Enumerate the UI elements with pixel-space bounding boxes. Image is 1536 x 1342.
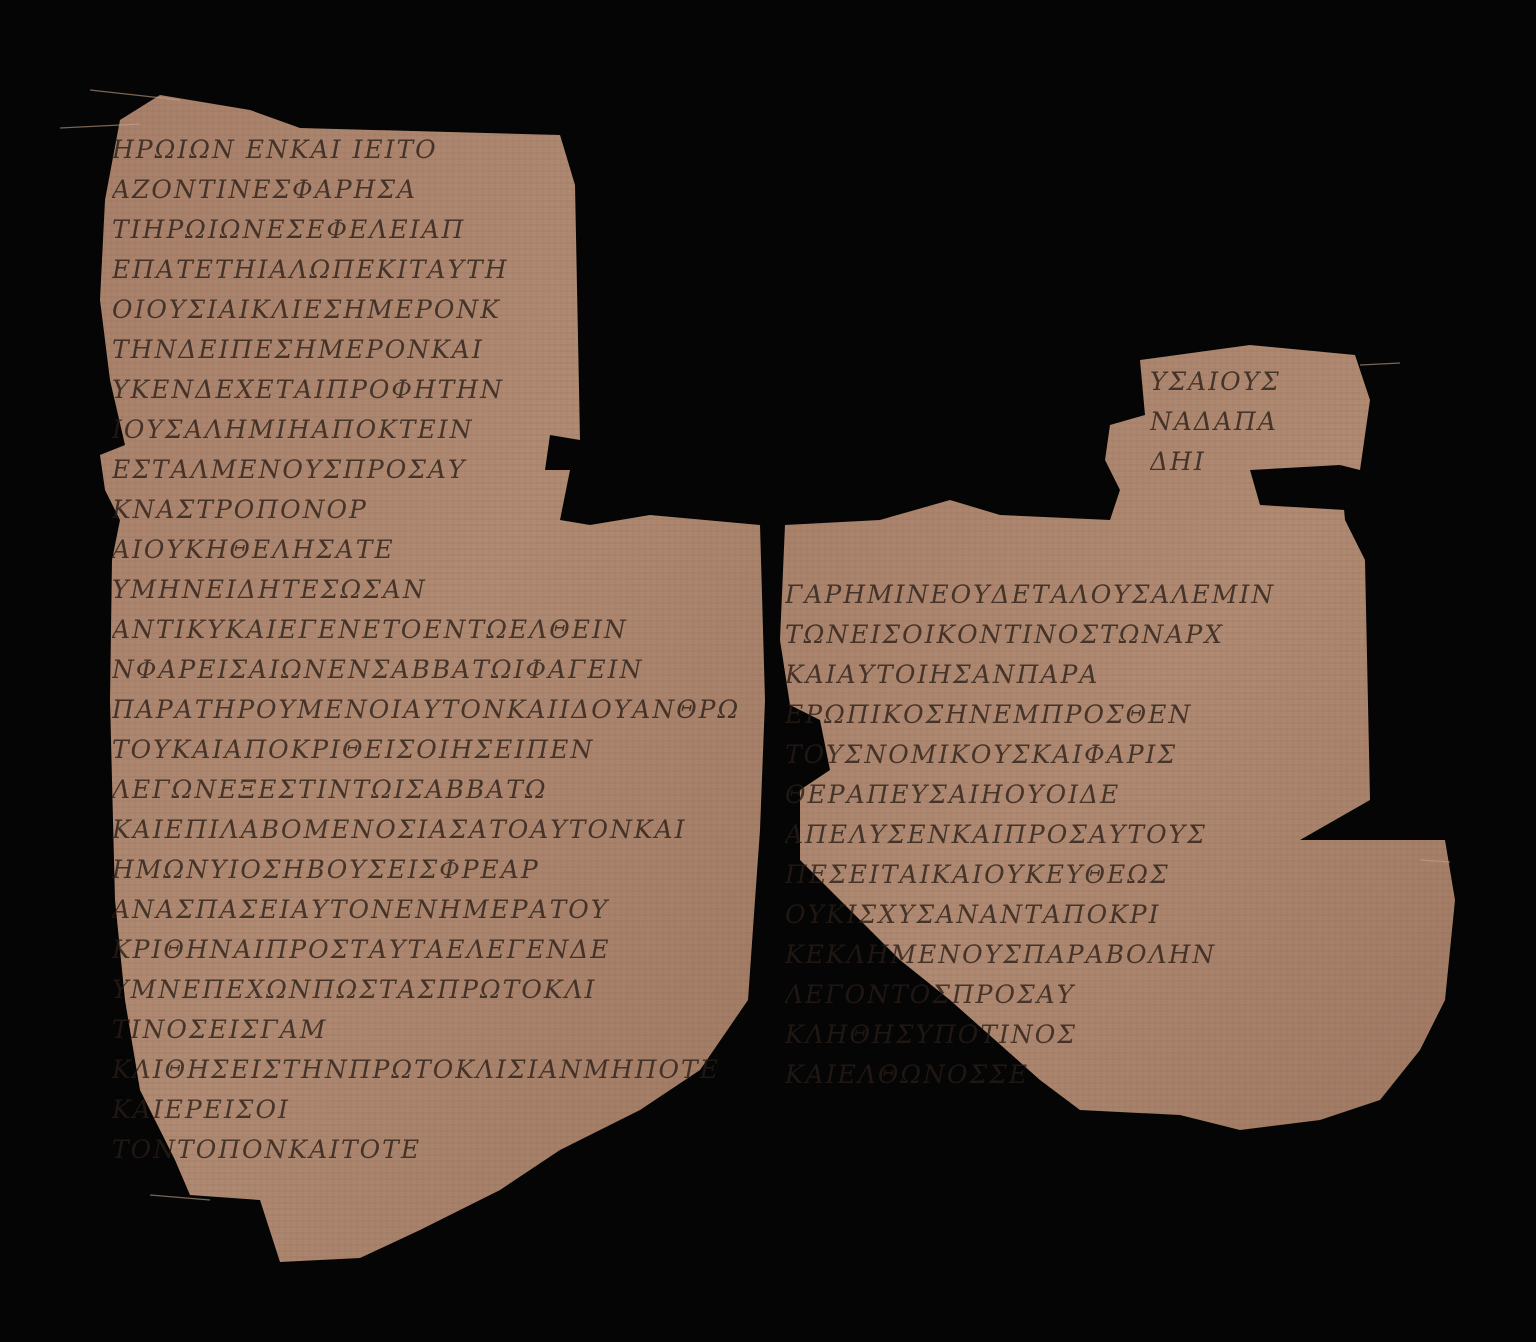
right-fragment-text: ΓΑΡΗΜΙΝΕΟΥΔΕΤΑΛΟΥΣΑΛΕΜΙΝ ΤΩΝΕΙΣΟΙΚΟΝΤΙΝΟ… [785,575,1385,1095]
text-line: ΚΑΙΕΛΘΩΝΟΣΣΕ [785,1055,1385,1095]
text-line: ΠΕΣΕΙΤΑΙΚΑΙΟΥΚΕΥΘΕΩΣ [785,855,1385,895]
text-line: ΚΑΙΕΡΕΙΣΟΙ [112,1090,762,1130]
text-line: ΕΣΤΑΛΜΕΝΟΥΣΠΡΟΣΑΥ [112,450,762,490]
text-line: ΚΝΑΣΤΡΟΠΟΝΟΡ [112,490,762,530]
text-line: ΝΑΔΑΠΑ [1150,402,1330,442]
text-line: ΤΩΝΕΙΣΟΙΚΟΝΤΙΝΟΣΤΩΝΑΡΧ [785,615,1385,655]
text-line: ΤΟΥΚΑΙΑΠΟΚΡΙΘΕΙΣΟΙΗΣΕΙΠΕΝ [112,730,762,770]
text-line: ΚΛΗΘΗΣΥΠΟΤΙΝΟΣ [785,1015,1385,1055]
text-line: ΑΙΟΥΚΗΘΕΛΗΣΑΤΕ [112,530,762,570]
text-line: ΤΟΥΣΝΟΜΙΚΟΥΣΚΑΙΦΑΡΙΣ [785,735,1385,775]
text-line: ΗΡΩΙΩΝ ΕΝΚΑΙ ΙΕΙΤΟ [112,130,762,170]
text-line: ΟΙΟΥΣΙΑΙΚΛΙΕΣΗΜΕΡΟΝΚ [112,290,762,330]
text-line: ΕΠΑΤΕΤΗΙΑΛΩΠΕΚΙΤΑΥΤΗ [112,250,762,290]
text-line: ΔΗΙ [1150,442,1330,482]
papyrus-photograph: ΗΡΩΙΩΝ ΕΝΚΑΙ ΙΕΙΤΟ ΑΖΟΝΤΙΝΕΣΦΑΡΗΣΑ ΤΙΗΡΩ… [0,0,1536,1342]
text-line: ΑΝΤΙΚΥΚΑΙΕΓΕΝΕΤΟΕΝΤΩΕΛΘΕΙΝ [112,610,762,650]
text-line: ΥΜΗΝΕΙΔΗΤΕΣΩΣΑΝ [112,570,762,610]
text-line: ΥΜΝΕΠΕΧΩΝΠΩΣΤΑΣΠΡΩΤΟΚΛΙ [112,970,762,1010]
text-line: ΙΟΥΣΑΛΗΜΙΗΑΠΟΚΤΕΙΝ [112,410,762,450]
text-line: ΟΥΚΙΣΧΥΣΑΝΑΝΤΑΠΟΚΡΙ [785,895,1385,935]
text-line: ΥΣΑΙΟΥΣ [1150,362,1330,402]
top-right-fragment-text: ΥΣΑΙΟΥΣ ΝΑΔΑΠΑ ΔΗΙ [1150,362,1330,482]
text-line: ΠΑΡΑΤΗΡΟΥΜΕΝΟΙΑΥΤΟΝΚΑΙΙΔΟΥΑΝΘΡΩ [112,690,762,730]
text-line: ΤΟΝΤΟΠΟΝΚΑΙΤΟΤΕ [112,1130,762,1170]
text-line: ΓΑΡΗΜΙΝΕΟΥΔΕΤΑΛΟΥΣΑΛΕΜΙΝ [785,575,1385,615]
text-line: ΚΑΙΕΠΙΛΑΒΟΜΕΝΟΣΙΑΣΑΤΟΑΥΤΟΝΚΑΙ [112,810,762,850]
text-line: ΛΕΓΩΝΕΞΕΣΤΙΝΤΩΙΣΑΒΒΑΤΩ [112,770,762,810]
text-line: ΚΑΙΑΥΤΟΙΗΣΑΝΠΑΡΑ [785,655,1385,695]
text-line: ΚΡΙΘΗΝΑΙΠΡΟΣΤΑΥΤΑΕΛΕΓΕΝΔΕ [112,930,762,970]
text-line: ΗΜΩΝΥΙΟΣΗΒΟΥΣΕΙΣΦΡΕΑΡ [112,850,762,890]
text-line: ΘΕΡΑΠΕΥΣΑΙΗΟΥΟΙΔΕ [785,775,1385,815]
left-fragment-text: ΗΡΩΙΩΝ ΕΝΚΑΙ ΙΕΙΤΟ ΑΖΟΝΤΙΝΕΣΦΑΡΗΣΑ ΤΙΗΡΩ… [112,130,762,1170]
text-line: ΝΦΑΡΕΙΣΑΙΩΝΕΝΣΑΒΒΑΤΩΙΦΑΓΕΙΝ [112,650,762,690]
text-line: ΚΕΚΛΗΜΕΝΟΥΣΠΑΡΑΒΟΛΗΝ [785,935,1385,975]
text-line: ΥΚΕΝΔΕΧΕΤΑΙΠΡΟΦΗΤΗΝ [112,370,762,410]
text-line: ΑΖΟΝΤΙΝΕΣΦΑΡΗΣΑ [112,170,762,210]
text-line: ΚΛΙΘΗΣΕΙΣΤΗΝΠΡΩΤΟΚΛΙΣΙΑΝΜΗΠΟΤΕ [112,1050,762,1090]
text-line: ΤΙΝΟΣΕΙΣΓΑΜ [112,1010,762,1050]
text-line: ΤΗΝΔΕΙΠΕΣΗΜΕΡΟΝΚΑΙ [112,330,762,370]
text-line: ΑΝΑΣΠΑΣΕΙΑΥΤΟΝΕΝΗΜΕΡΑΤΟΥ [112,890,762,930]
text-line: ΤΙΗΡΩΙΩΝΕΣΕΦΕΛΕΙΑΠ [112,210,762,250]
text-line: ΛΕΓΟΝΤΟΣΠΡΟΣΑΥ [785,975,1385,1015]
text-line: ΑΠΕΛΥΣΕΝΚΑΙΠΡΟΣΑΥΤΟΥΣ [785,815,1385,855]
text-line: ΕΡΩΠΙΚΟΣΗΝΕΜΠΡΟΣΘΕΝ [785,695,1385,735]
